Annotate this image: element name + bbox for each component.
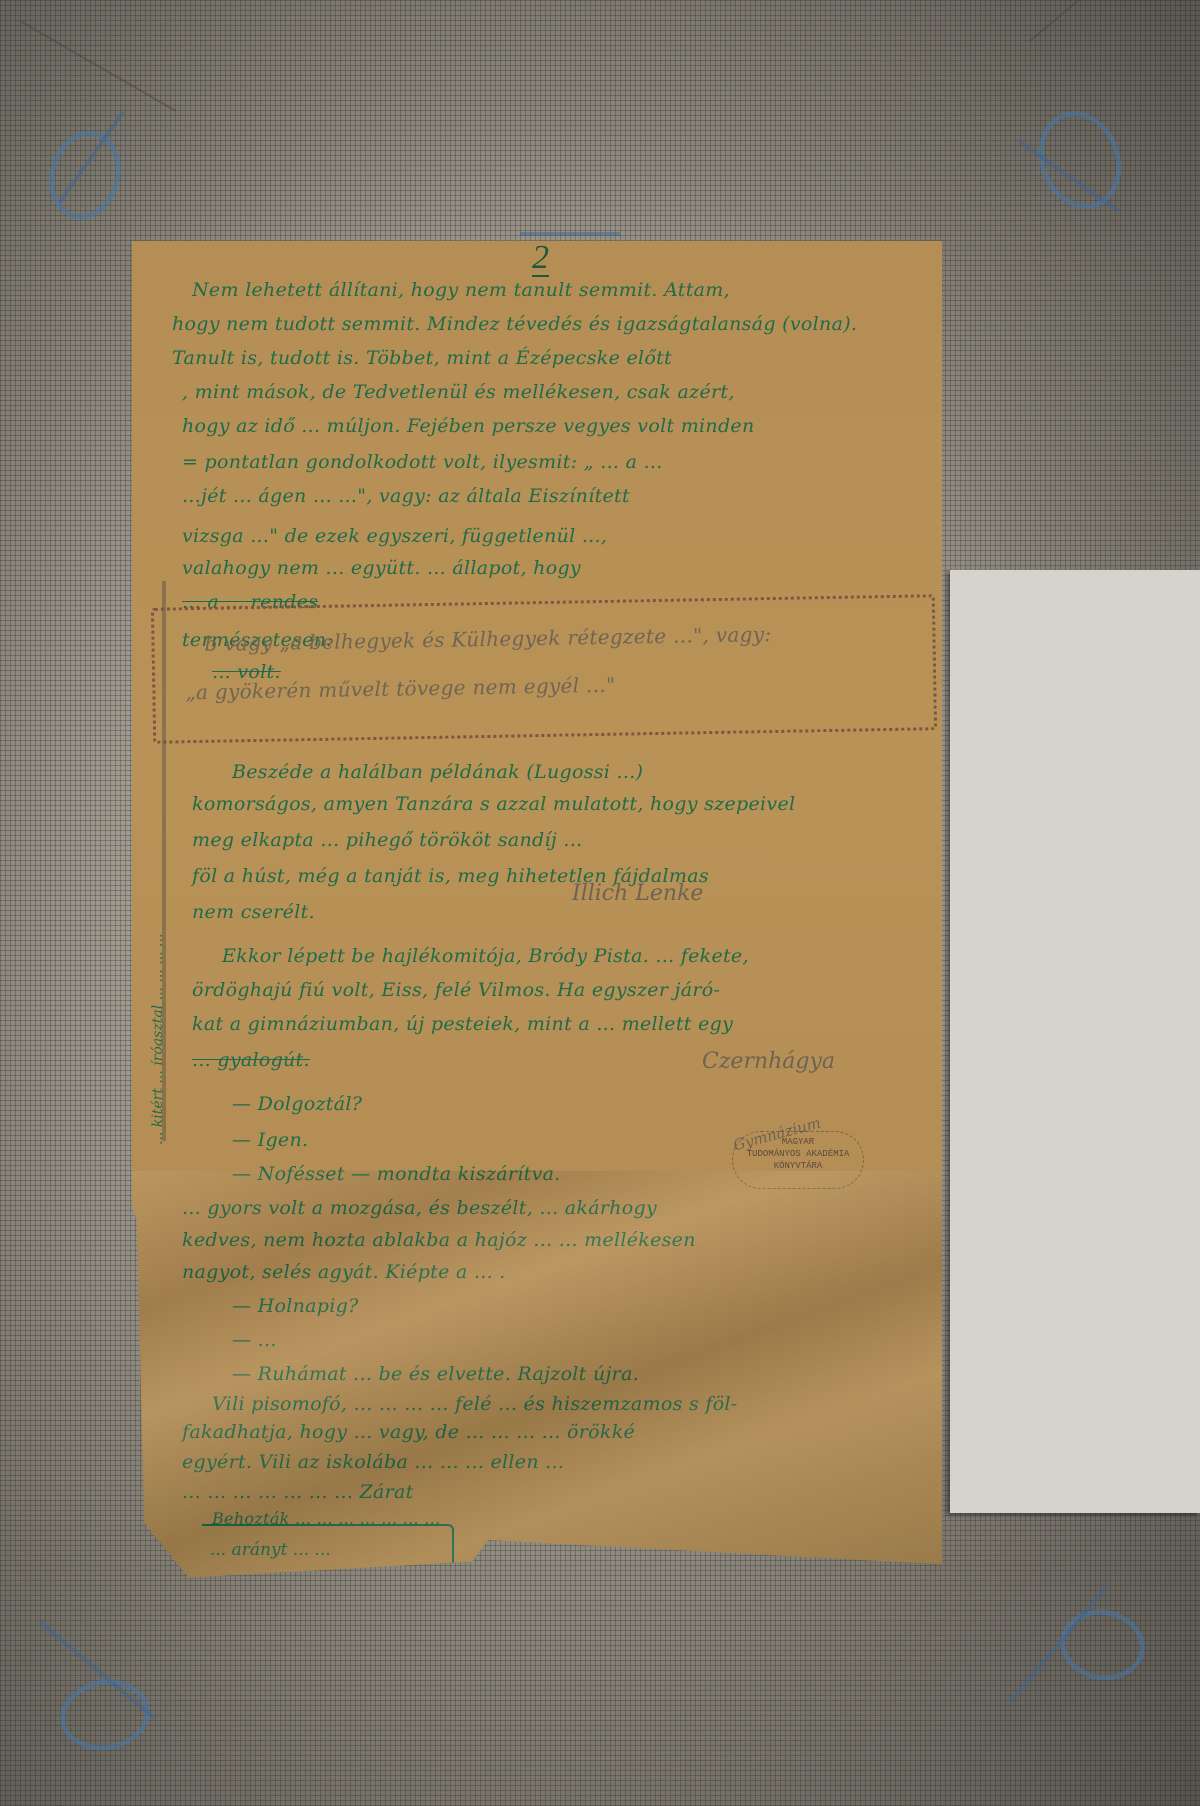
pencil-text-line: „a gyökerén művelt tövege nem egyél ..." xyxy=(185,673,616,705)
footer-note: ... arányt ... ... xyxy=(210,1540,331,1560)
corner-mark-bottom-left xyxy=(55,1673,156,1758)
pencil-box-insert: b vagy „a belhegyek és Külhegyek rétegze… xyxy=(151,594,937,744)
margin-note: ... kitért ... íróasztal ... ... ... ... xyxy=(140,581,172,1161)
page-number: 2 xyxy=(532,241,549,277)
text-line: Vili pisomofó, ... ... ... ... felé ... … xyxy=(212,1393,738,1415)
text-line: ... gyors volt a mozgása, és beszélt, ..… xyxy=(182,1197,657,1219)
stamp-line: TUDOMÁNYOS AKADÉMIA xyxy=(733,1148,863,1160)
text-line: — Ruhámat ... be és elvette. Rajzolt újr… xyxy=(232,1363,639,1385)
stamp-line: MAGYAR xyxy=(733,1136,863,1148)
text-line: egyért. Vili az iskolába ... ... ... ell… xyxy=(182,1451,564,1473)
text-line: ... ... ... ... ... ... ... Zárat xyxy=(182,1481,414,1503)
margin-note-text: ... kitért ... íróasztal ... ... ... ... xyxy=(150,585,166,1145)
blue-mark-top-center xyxy=(520,232,620,236)
text-line: hogy nem tudott semmit. Mindez tévedés é… xyxy=(172,313,857,335)
text-line: Ekkor lépett be hajlékomitója, Bródy Pis… xyxy=(222,945,749,967)
corner-mark-bottom-right xyxy=(1055,1603,1151,1687)
text-line: valahogy nem ... együtt. ... állapot, ho… xyxy=(182,557,581,579)
text-line: fakadhatja, hogy ... vagy, de ... ... ..… xyxy=(182,1421,635,1443)
text-line: — Igen. xyxy=(232,1129,308,1151)
text-line: vizsga ..." de ezek egyszeri, függetlenü… xyxy=(182,525,607,547)
corner-mark-top-left xyxy=(40,122,131,227)
text-line: kedves, nem hozta ablakba a hajóz ... ..… xyxy=(182,1229,696,1251)
footer-note-box: ... arányt ... ... xyxy=(202,1524,454,1576)
text-line: hogy az idő ... múljon. Fejében persze v… xyxy=(182,415,755,437)
text-line: — Dolgoztál? xyxy=(232,1093,362,1115)
pencil-text-line: b vagy „a belhegyek és Külhegyek rétegze… xyxy=(204,622,771,656)
text-line: Tanult is, tudott is. Többet, mint a Ézé… xyxy=(172,347,672,369)
manuscript-page: 2 Nem lehetett állítani, hogy nem tanult… xyxy=(132,241,942,1583)
text-line: Nem lehetett állítani, hogy nem tanult s… xyxy=(192,279,730,301)
library-stamp: MAGYAR TUDOMÁNYOS AKADÉMIA KÖNYVTÁRA xyxy=(732,1131,864,1189)
text-line: ördöghajú fiú volt, Eiss, felé Vilmos. H… xyxy=(192,979,720,1001)
text-line: meg elkapta ... pihegő törököt sandíj ..… xyxy=(192,829,582,851)
board-scratch xyxy=(1029,0,1138,42)
text-line: , mint mások, de Tedvetlenül és mellékes… xyxy=(182,381,735,403)
text-line: — Nofésset — mondta kiszárítva. xyxy=(232,1163,561,1185)
text-line: — Holnapig? xyxy=(232,1295,359,1317)
white-card xyxy=(950,570,1200,1513)
board-scratch xyxy=(20,20,177,112)
text-line: = pontatlan gondolkodott volt, ilyesmit:… xyxy=(182,451,663,473)
text-line: Beszéde a halálban példának (Lugossi ...… xyxy=(232,761,643,783)
text-line: nem cserélt. xyxy=(192,901,315,923)
text-line: kat a gimnáziumban, új pesteiek, mint a … xyxy=(192,1013,733,1035)
stamp-line: KÖNYVTÁRA xyxy=(733,1160,863,1172)
text-line: Behozták ... ... ... ... ... ... ... xyxy=(212,1509,440,1528)
struck-text-line: ... gyalogút. xyxy=(192,1049,310,1071)
text-line: komorságos, amyen Tanzára s azzal mulato… xyxy=(192,793,795,815)
text-line: — ... xyxy=(232,1329,277,1351)
pencil-annotation: Czernhágya xyxy=(702,1049,835,1074)
text-line: ...jét ... ágen ... ...", vagy: az által… xyxy=(182,485,630,507)
pencil-annotation: Illich Lenke xyxy=(572,881,703,906)
text-line: nagyot, selés agyát. Kiépte a ... . xyxy=(182,1261,506,1283)
